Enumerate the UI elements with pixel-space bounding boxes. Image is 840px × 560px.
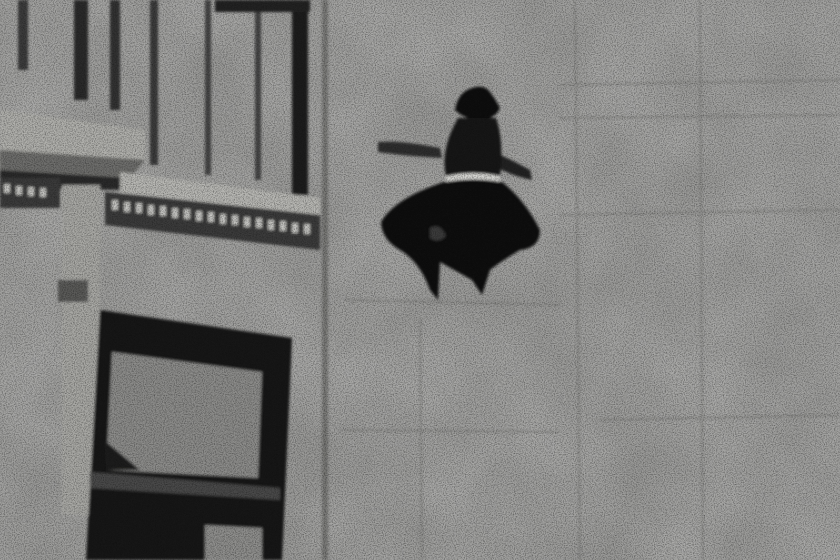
photo-canvas <box>0 0 840 560</box>
photograph <box>0 0 840 560</box>
halftone-grain <box>0 0 840 560</box>
